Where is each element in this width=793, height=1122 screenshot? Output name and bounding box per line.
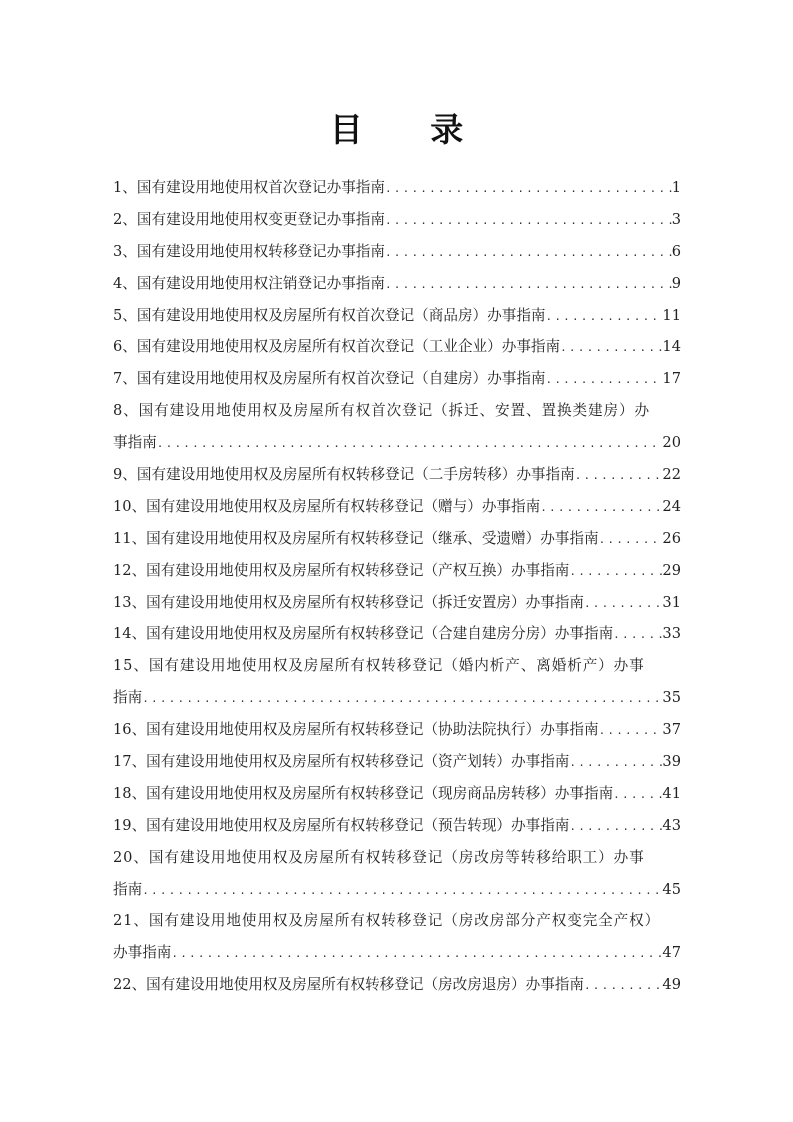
toc-page-number: 33 bbox=[662, 618, 681, 650]
toc-entry-2[interactable]: 2、国有建设用地使用权变更登记办事指南 3 bbox=[113, 204, 681, 236]
toc-page-number: 41 bbox=[662, 778, 681, 810]
toc-page-number: 11 bbox=[662, 300, 681, 332]
toc-entry-17[interactable]: 17、国有建设用地使用权及房屋所有权转移登记（资产划转）办事指南 39 bbox=[113, 746, 681, 778]
dot-leader bbox=[569, 747, 662, 778]
toc-entry-12[interactable]: 12、国有建设用地使用权及房屋所有权转移登记（产权互换）办事指南 29 bbox=[113, 555, 681, 587]
toc-page-number: 3 bbox=[672, 204, 681, 236]
dot-leader bbox=[575, 460, 663, 491]
toc-entry-1[interactable]: 1、国有建设用地使用权首次登记办事指南 1 bbox=[113, 172, 681, 204]
dot-leader bbox=[599, 715, 663, 746]
toc-entry-11[interactable]: 11、国有建设用地使用权及房屋所有权转移登记（继承、受遗赠）办事指南 26 bbox=[113, 523, 681, 555]
toc-entry-text: 2、国有建设用地使用权变更登记办事指南 bbox=[113, 204, 385, 236]
dot-leader bbox=[613, 779, 662, 810]
toc-entry-15-continued[interactable]: 指南 35 bbox=[113, 682, 681, 714]
toc-page-number: 37 bbox=[662, 714, 681, 746]
toc-entry-10[interactable]: 10、国有建设用地使用权及房屋所有权转移登记（赠与）办事指南 24 bbox=[113, 491, 681, 523]
toc-entry-text-continued: 事指南 bbox=[113, 427, 157, 459]
toc-entry-text: 7、国有建设用地使用权及房屋所有权首次登记（自建房）办事指南 bbox=[113, 363, 546, 395]
dot-leader bbox=[569, 556, 662, 587]
dot-leader bbox=[171, 938, 662, 969]
document-page: 目 录 1、国有建设用地使用权首次登记办事指南 1 2、国有建设用地使用权变更登… bbox=[0, 0, 793, 1122]
toc-page-number: 17 bbox=[662, 363, 681, 395]
toc-entry-21[interactable]: 21、国有建设用地使用权及房屋所有权转移登记（房改房部分产权变完全产权） bbox=[113, 905, 681, 937]
toc-entry-text: 10、国有建设用地使用权及房屋所有权转移登记（赠与）办事指南 bbox=[113, 491, 540, 523]
toc-entry-3[interactable]: 3、国有建设用地使用权转移登记办事指南 6 bbox=[113, 236, 681, 268]
toc-entry-text-continued: 指南 bbox=[113, 682, 142, 714]
page-title: 目 录 bbox=[0, 108, 793, 152]
toc-entry-4[interactable]: 4、国有建设用地使用权注销登记办事指南 9 bbox=[113, 268, 681, 300]
toc-entry-text: 14、国有建设用地使用权及房屋所有权转移登记（合建自建房分房）办事指南 bbox=[113, 618, 613, 650]
toc-entry-20-continued[interactable]: 指南 45 bbox=[113, 874, 681, 906]
toc-entry-text: 15、国有建设用地使用权及房屋所有权转移登记（婚内析产、离婚析产）办事 bbox=[113, 650, 645, 682]
toc-entry-13[interactable]: 13、国有建设用地使用权及房屋所有权转移登记（拆迁安置房）办事指南 31 bbox=[113, 587, 681, 619]
toc-page-number: 6 bbox=[672, 236, 681, 268]
toc-entry-text: 4、国有建设用地使用权注销登记办事指南 bbox=[113, 268, 385, 300]
toc-entry-text: 16、国有建设用地使用权及房屋所有权转移登记（协助法院执行）办事指南 bbox=[113, 714, 599, 746]
toc-entry-text: 5、国有建设用地使用权及房屋所有权首次登记（商品房）办事指南 bbox=[113, 300, 546, 332]
toc-page-number: 39 bbox=[662, 746, 681, 778]
toc-entry-text-continued: 办事指南 bbox=[113, 937, 171, 969]
dot-leader bbox=[142, 683, 662, 714]
toc-entry-19[interactable]: 19、国有建设用地使用权及房屋所有权转移登记（预告转现）办事指南 43 bbox=[113, 810, 681, 842]
dot-leader bbox=[546, 364, 663, 395]
dot-leader bbox=[599, 524, 663, 555]
toc-entry-20[interactable]: 20、国有建设用地使用权及房屋所有权转移登记（房改房等转移给职工）办事 bbox=[113, 842, 681, 874]
dot-leader bbox=[385, 237, 672, 268]
toc-entry-14[interactable]: 14、国有建设用地使用权及房屋所有权转移登记（合建自建房分房）办事指南 33 bbox=[113, 618, 681, 650]
dot-leader bbox=[584, 970, 662, 1001]
toc-entry-text: 13、国有建设用地使用权及房屋所有权转移登记（拆迁安置房）办事指南 bbox=[113, 587, 584, 619]
dot-leader bbox=[385, 173, 672, 204]
toc-entry-8[interactable]: 8、国有建设用地使用权及房屋所有权首次登记（拆迁、安置、置换类建房）办 bbox=[113, 395, 681, 427]
toc-entry-16[interactable]: 16、国有建设用地使用权及房屋所有权转移登记（协助法院执行）办事指南 37 bbox=[113, 714, 681, 746]
toc-entry-text: 18、国有建设用地使用权及房屋所有权转移登记（现房商品房转移）办事指南 bbox=[113, 778, 613, 810]
dot-leader bbox=[157, 428, 663, 459]
toc-entry-21-continued[interactable]: 办事指南 47 bbox=[113, 937, 681, 969]
toc-entry-5[interactable]: 5、国有建设用地使用权及房屋所有权首次登记（商品房）办事指南 11 bbox=[113, 300, 681, 332]
toc-entry-8-continued[interactable]: 事指南 20 bbox=[113, 427, 681, 459]
dot-leader bbox=[385, 205, 672, 236]
toc-page-number: 49 bbox=[662, 969, 681, 1001]
toc-entry-text: 22、国有建设用地使用权及房屋所有权转移登记（房改房退房）办事指南 bbox=[113, 969, 584, 1001]
dot-leader bbox=[385, 269, 672, 300]
toc-entry-text: 3、国有建设用地使用权转移登记办事指南 bbox=[113, 236, 385, 268]
toc-page-number: 43 bbox=[662, 810, 681, 842]
toc-page-number: 35 bbox=[662, 682, 681, 714]
toc-page-number: 14 bbox=[662, 331, 681, 363]
toc-page-number: 47 bbox=[662, 937, 681, 969]
toc-entry-text: 6、国有建设用地使用权及房屋所有权首次登记（工业企业）办事指南 bbox=[113, 331, 560, 363]
toc-page-number: 9 bbox=[672, 268, 681, 300]
dot-leader bbox=[560, 332, 662, 363]
dot-leader bbox=[546, 301, 663, 332]
toc-entry-18[interactable]: 18、国有建设用地使用权及房屋所有权转移登记（现房商品房转移）办事指南 41 bbox=[113, 778, 681, 810]
toc-page-number: 22 bbox=[662, 459, 681, 491]
toc-page-number: 20 bbox=[662, 427, 681, 459]
dot-leader bbox=[142, 875, 662, 906]
dot-leader bbox=[569, 811, 662, 842]
toc-page-number: 31 bbox=[662, 587, 681, 619]
dot-leader bbox=[584, 588, 662, 619]
toc-page-number: 26 bbox=[662, 523, 681, 555]
toc-page-number: 1 bbox=[672, 172, 681, 204]
dot-leader bbox=[613, 619, 662, 650]
toc-entry-text: 1、国有建设用地使用权首次登记办事指南 bbox=[113, 172, 385, 204]
toc-entry-text: 20、国有建设用地使用权及房屋所有权转移登记（房改房等转移给职工）办事 bbox=[113, 842, 645, 874]
dot-leader bbox=[540, 492, 662, 523]
toc-entry-22[interactable]: 22、国有建设用地使用权及房屋所有权转移登记（房改房退房）办事指南 49 bbox=[113, 969, 681, 1001]
toc-entry-text: 21、国有建设用地使用权及房屋所有权转移登记（房改房部分产权变完全产权） bbox=[113, 905, 660, 937]
toc-entry-6[interactable]: 6、国有建设用地使用权及房屋所有权首次登记（工业企业）办事指南 14 bbox=[113, 331, 681, 363]
toc-entry-text: 8、国有建设用地使用权及房屋所有权首次登记（拆迁、安置、置换类建房）办 bbox=[113, 395, 650, 427]
toc-entry-15[interactable]: 15、国有建设用地使用权及房屋所有权转移登记（婚内析产、离婚析产）办事 bbox=[113, 650, 681, 682]
toc-page-number: 24 bbox=[662, 491, 681, 523]
toc-entry-text: 19、国有建设用地使用权及房屋所有权转移登记（预告转现）办事指南 bbox=[113, 810, 569, 842]
toc-entry-text: 11、国有建设用地使用权及房屋所有权转移登记（继承、受遗赠）办事指南 bbox=[113, 523, 599, 555]
toc-entry-text: 12、国有建设用地使用权及房屋所有权转移登记（产权互换）办事指南 bbox=[113, 555, 569, 587]
toc-page-number: 45 bbox=[662, 874, 681, 906]
table-of-contents: 1、国有建设用地使用权首次登记办事指南 1 2、国有建设用地使用权变更登记办事指… bbox=[113, 172, 681, 1001]
toc-entry-text-continued: 指南 bbox=[113, 874, 142, 906]
toc-entry-7[interactable]: 7、国有建设用地使用权及房屋所有权首次登记（自建房）办事指南 17 bbox=[113, 363, 681, 395]
toc-entry-text: 17、国有建设用地使用权及房屋所有权转移登记（资产划转）办事指南 bbox=[113, 746, 569, 778]
toc-entry-text: 9、国有建设用地使用权及房屋所有权转移登记（二手房转移）办事指南 bbox=[113, 459, 575, 491]
toc-page-number: 29 bbox=[662, 555, 681, 587]
toc-entry-9[interactable]: 9、国有建设用地使用权及房屋所有权转移登记（二手房转移）办事指南 22 bbox=[113, 459, 681, 491]
